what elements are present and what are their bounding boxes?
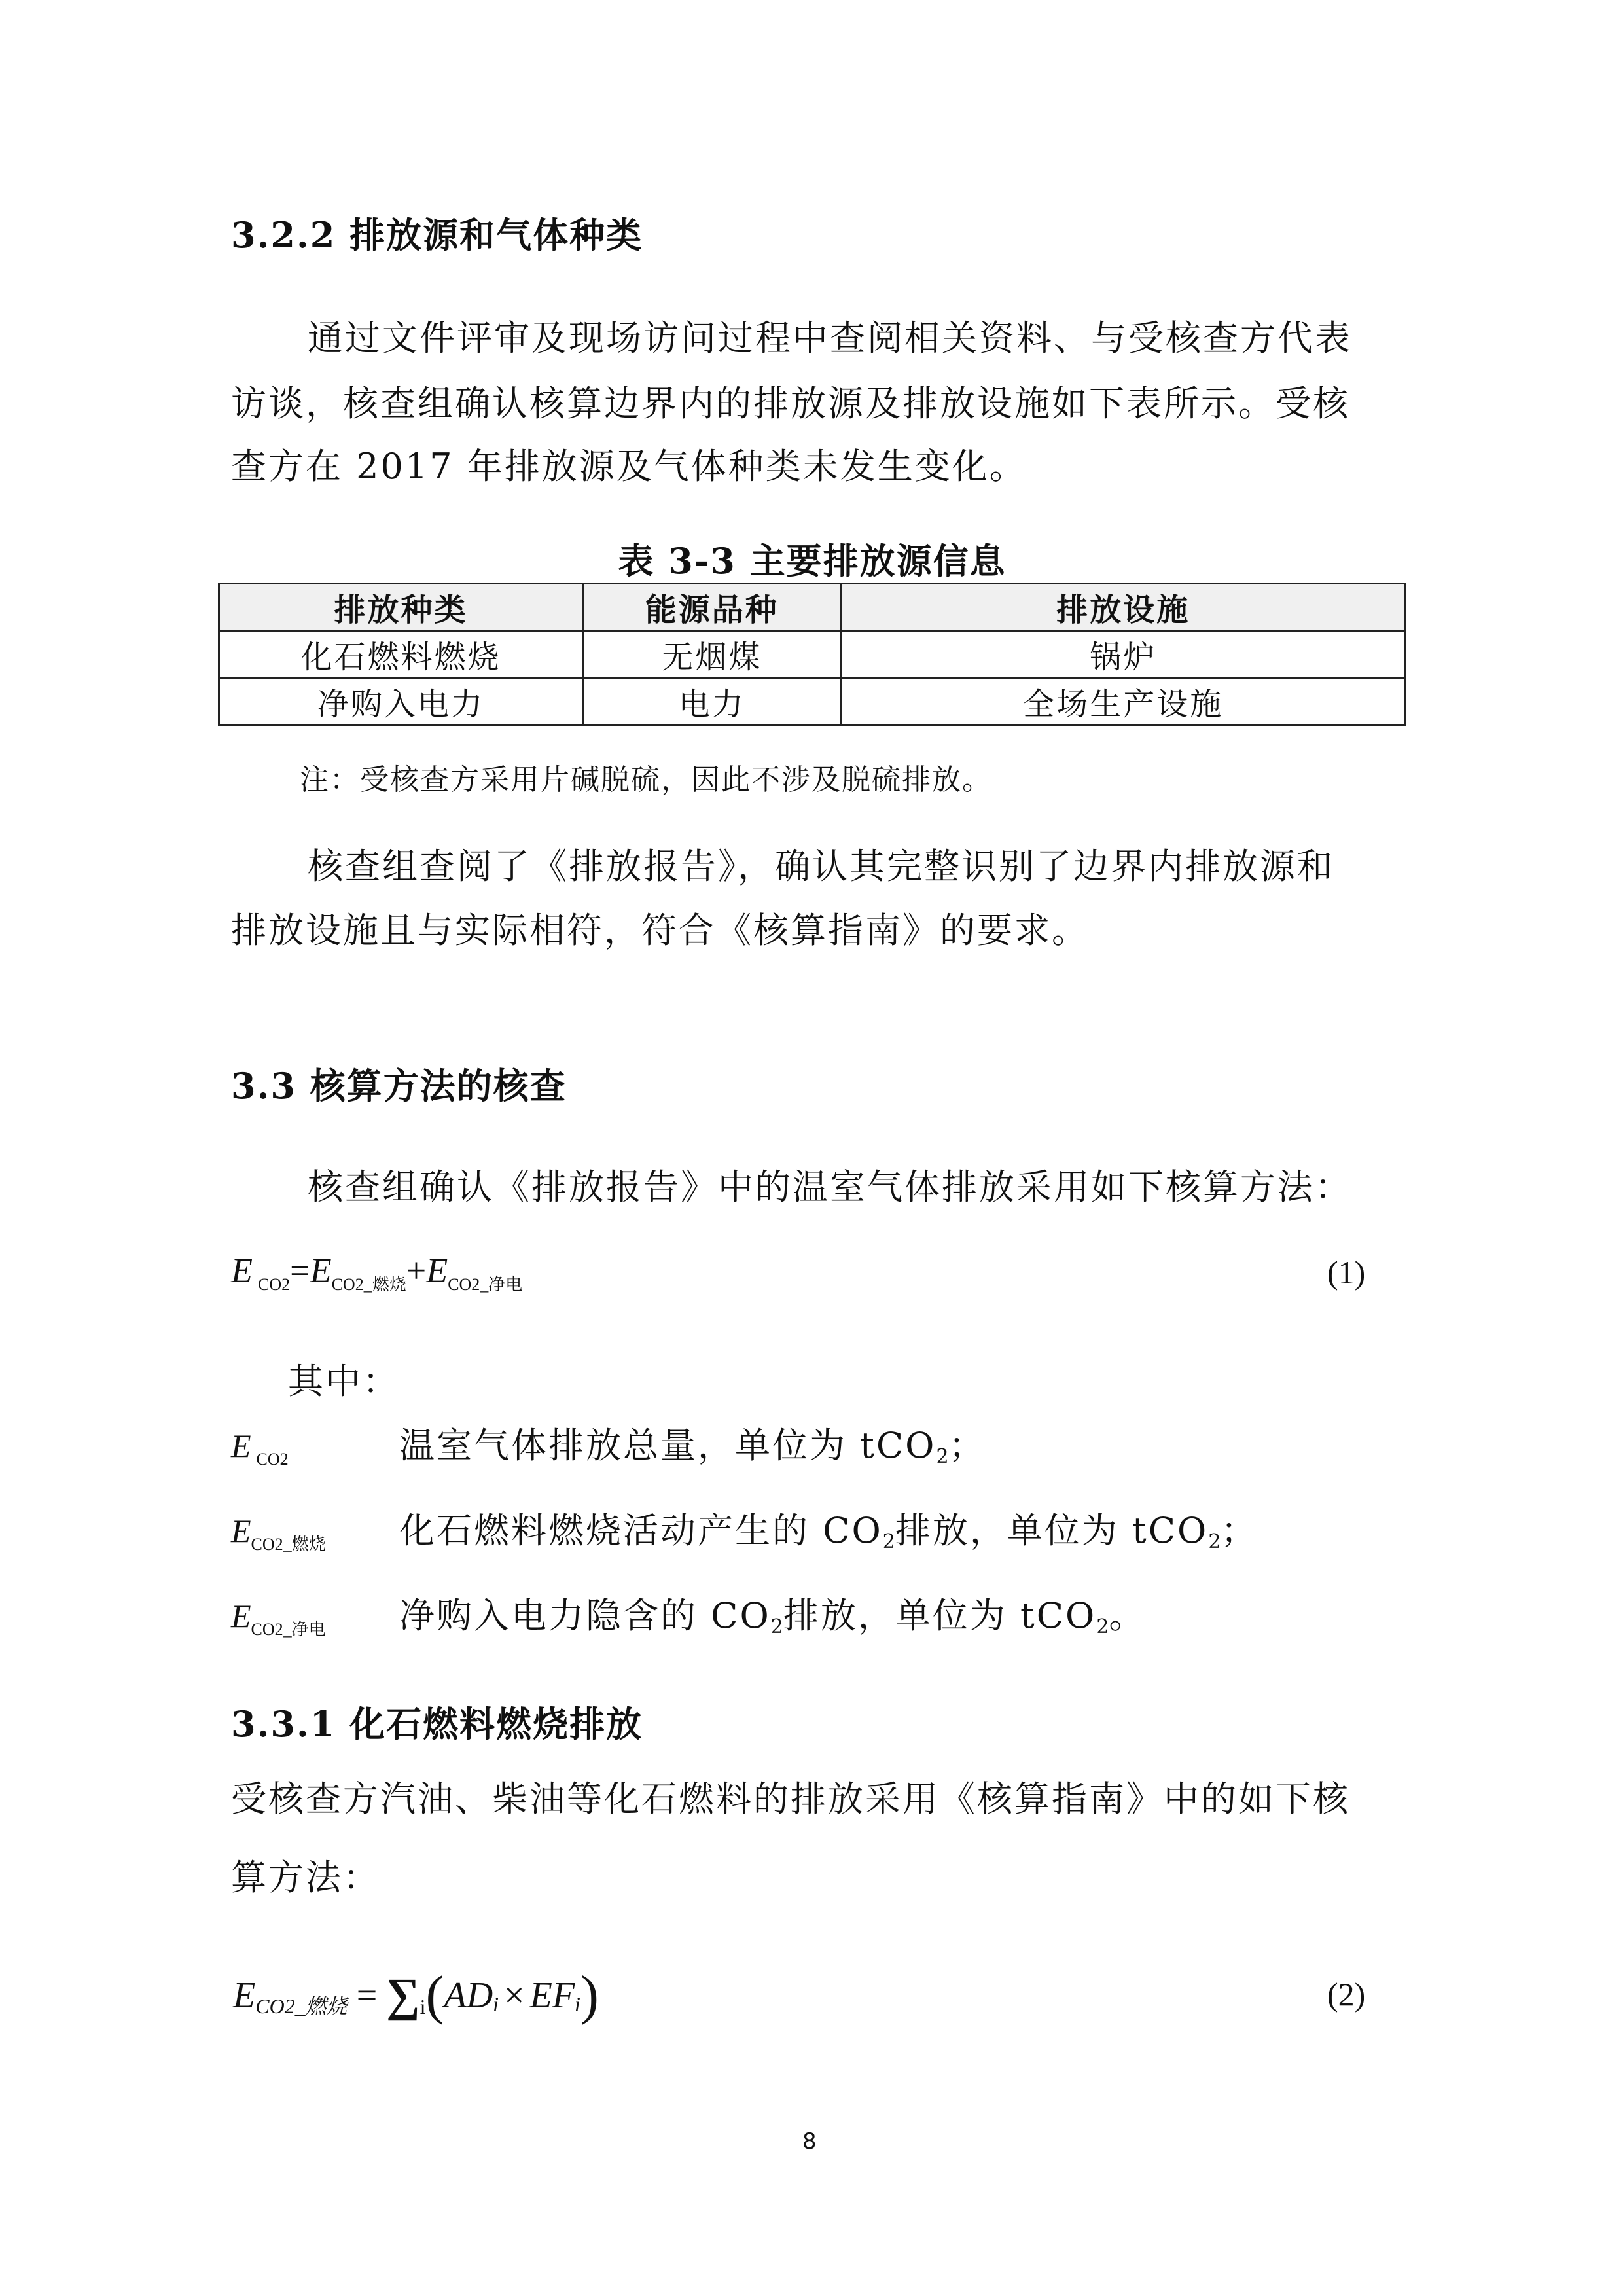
paragraph-line: 查方在 2017 年排放源及气体种类未发生变化。 — [231, 448, 1027, 486]
definition-text: 温室气体排放总量，单位为 tCO2； — [399, 1427, 986, 1476]
definition-symbol: ECO2_燃烧 — [231, 1512, 326, 1555]
definition-text-part: ； — [1221, 1510, 1258, 1551]
equation-subscript: i — [493, 1992, 499, 2017]
equation-subscript: CO2_燃烧 — [255, 1990, 347, 2020]
equation-symbol: E — [231, 1513, 251, 1549]
definition-text-part: 温室气体排放总量，单位为 tCO — [399, 1425, 936, 1466]
equation-number: (2) — [1327, 1975, 1365, 2013]
equation-subscript: CO2_燃烧 — [332, 1275, 406, 1294]
page-number: 8 — [802, 2128, 817, 2155]
summation-subscript: i — [420, 1995, 426, 2019]
definition-text: 化石燃料燃烧活动产生的 CO2排放，单位为 tCO2； — [399, 1512, 1258, 1561]
table-caption: 表 3-3 主要排放源信息 — [218, 533, 1406, 584]
paragraph-line: 通过文件评审及现场访问过程中查阅相关资料、与受核查方代表 — [308, 319, 1352, 357]
definition-text-part: ； — [949, 1425, 986, 1466]
table-cell: 锅炉 — [841, 631, 1406, 678]
column-header: 能源品种 — [583, 584, 841, 631]
table-cell: 净购入电力 — [219, 678, 583, 725]
equation-symbol: AD — [444, 1975, 493, 2017]
column-header: 排放种类 — [219, 584, 583, 631]
table-header-row: 排放种类 能源品种 排放设施 — [219, 584, 1406, 631]
equation-symbol: E — [426, 1251, 448, 1290]
equation-subscript: CO2_净电 — [251, 1620, 326, 1639]
paragraph-line: 核查组查阅了《排放报告》，确认其完整识别了边界内排放源和 — [308, 848, 1334, 886]
paragraph-line: 受核查方汽油、柴油等化石燃料的排放采用《核算指南》中的如下核 — [231, 1780, 1350, 1818]
definition-symbol: ECO2 — [231, 1427, 289, 1469]
equation-2: E CO2_燃烧 = ∑ i ( AD i × EF i ) — [233, 1964, 599, 2027]
table-cell: 全场生产设施 — [841, 678, 1406, 725]
column-header: 排放设施 — [841, 584, 1406, 631]
equation-symbol: E — [231, 1251, 253, 1290]
equation-symbol: E — [310, 1251, 332, 1290]
definition-text-part: 净购入电力隐含的 CO — [399, 1595, 771, 1636]
table-note: 注：受核查方采用片碱脱硫，因此不涉及脱硫排放。 — [300, 764, 992, 796]
paragraph-line: 核查组确认《排放报告》中的温室气体排放采用如下核算方法： — [308, 1168, 1352, 1206]
co2-subscript: 2 — [936, 1445, 948, 1468]
paragraph-line: 排放设施且与实际相符，符合《核算指南》的要求。 — [231, 912, 1089, 950]
equation-subscript: CO2 — [258, 1275, 290, 1294]
equation-1: ECO2=ECO2_燃烧+ECO2_净电 — [231, 1250, 522, 1295]
equation-subscript: CO2_净电 — [448, 1275, 522, 1294]
table-row: 净购入电力 电力 全场生产设施 — [219, 678, 1406, 725]
plus-sign: + — [406, 1251, 426, 1290]
co2-subscript: 2 — [1208, 1530, 1221, 1553]
equation-symbol: EF — [530, 1975, 575, 2017]
equation-subscript: CO2 — [257, 1450, 289, 1469]
close-paren: ) — [580, 1964, 599, 2027]
definition-symbol: ECO2_净电 — [231, 1597, 326, 1640]
emission-source-table: 排放种类 能源品种 排放设施 化石燃料燃烧 无烟煤 锅炉 净购入电力 电力 全场… — [218, 583, 1406, 726]
open-paren: ( — [426, 1964, 444, 2027]
where-label: 其中： — [288, 1363, 400, 1401]
table-cell: 化石燃料燃烧 — [219, 631, 583, 678]
equation-symbol: E — [233, 1975, 255, 2017]
summation-icon: ∑ — [386, 1968, 419, 2022]
definition-text: 净购入电力隐含的 CO2排放，单位为 tCO2。 — [399, 1597, 1146, 1646]
equation-symbol: E — [231, 1427, 251, 1464]
section-heading-3-2-2: 3.2.2 排放源和气体种类 — [231, 216, 643, 254]
section-heading-3-3-1: 3.3.1 化石燃料燃烧排放 — [231, 1705, 643, 1743]
co2-subscript: 2 — [1096, 1615, 1109, 1638]
times-sign: × — [504, 1975, 525, 2017]
definition-text-part: 化石燃料燃烧活动产生的 CO — [399, 1510, 883, 1551]
equation-subscript: i — [575, 1992, 580, 2017]
definition-text-part: 排放，单位为 tCO — [895, 1510, 1208, 1551]
co2-subscript: 2 — [771, 1615, 783, 1638]
section-heading-3-3: 3.3 核算方法的核查 — [231, 1067, 567, 1105]
table-cell: 无烟煤 — [583, 631, 841, 678]
equals-sign: = — [357, 1975, 378, 2017]
equation-number: (1) — [1327, 1253, 1365, 1291]
definition-text-part: 排放，单位为 tCO — [783, 1595, 1096, 1636]
table-cell: 电力 — [583, 678, 841, 725]
equals-sign: = — [290, 1251, 310, 1290]
co2-subscript: 2 — [883, 1530, 895, 1553]
table-row: 化石燃料燃烧 无烟煤 锅炉 — [219, 631, 1406, 678]
paragraph-line: 算方法： — [231, 1859, 380, 1897]
definition-text-part: 。 — [1109, 1595, 1146, 1636]
equation-subscript: CO2_燃烧 — [251, 1535, 326, 1554]
paragraph-line: 访谈，核查组确认核算边界内的排放源及排放设施如下表所示。受核 — [231, 385, 1350, 423]
equation-symbol: E — [231, 1598, 251, 1634]
